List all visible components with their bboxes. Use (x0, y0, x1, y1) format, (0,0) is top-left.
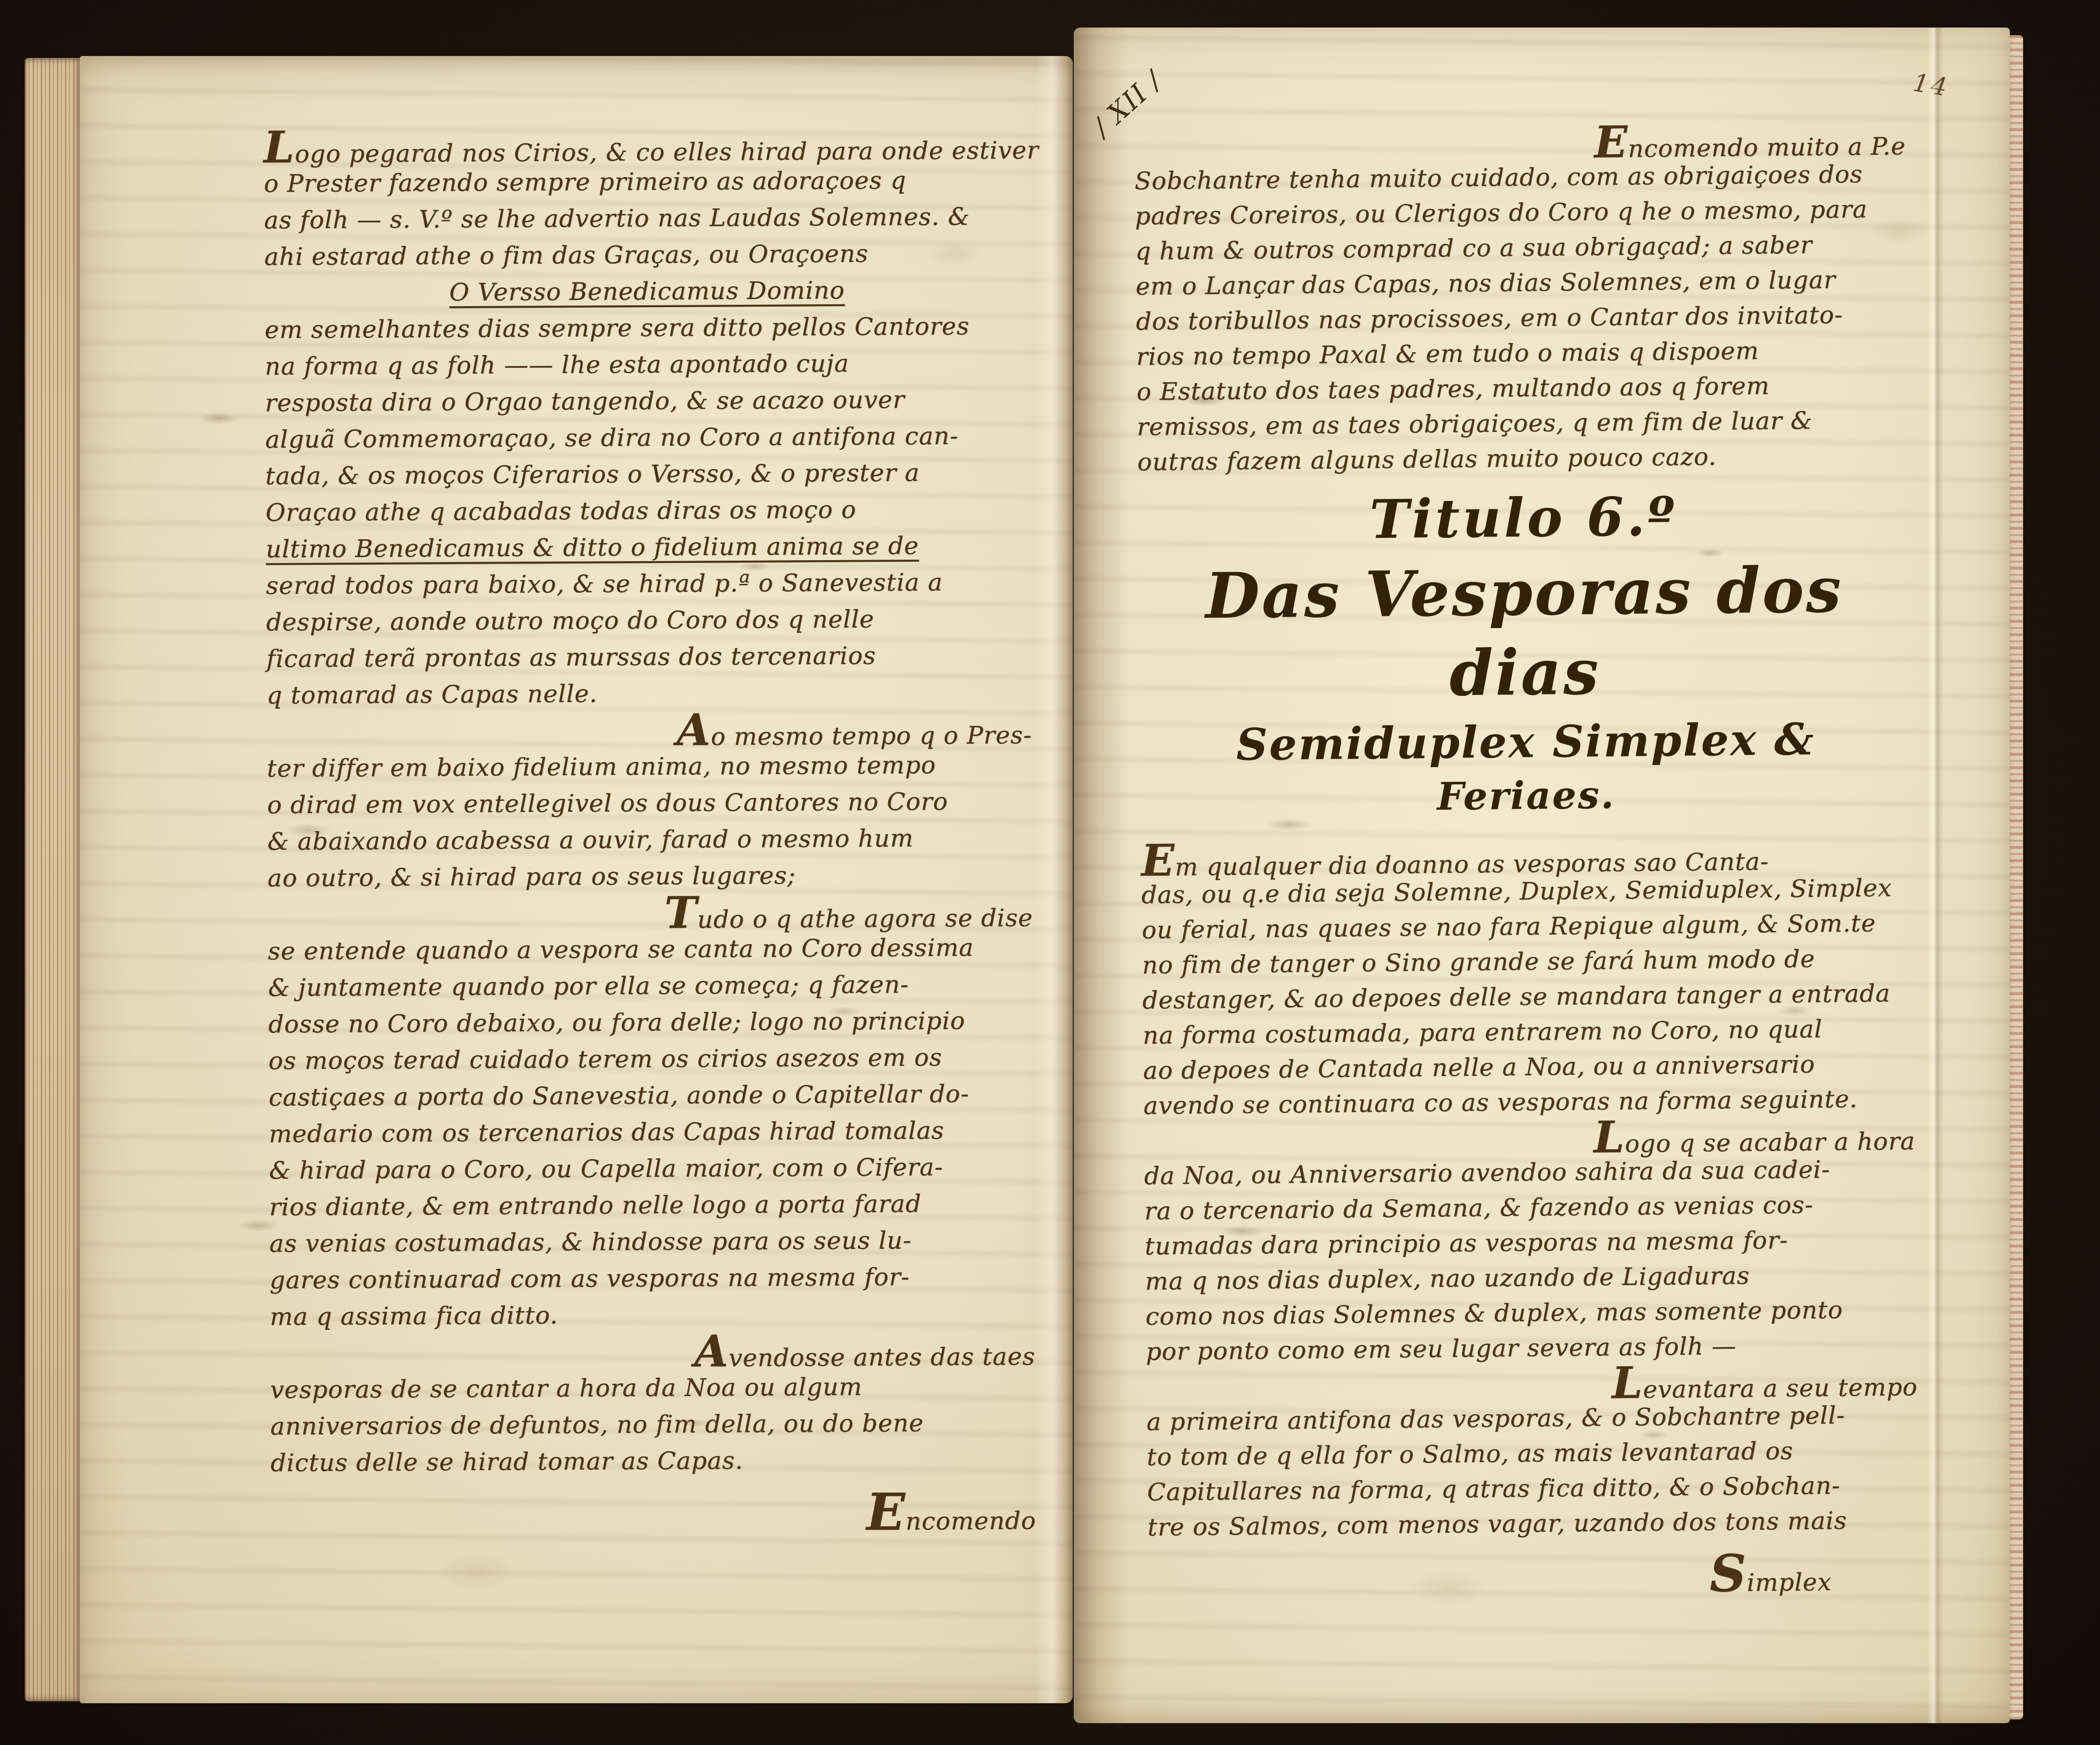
manuscript-line: ultimo Benedicamus & ditto o fidelium an… (266, 527, 1031, 568)
right-page-catchword: Simplex (1148, 1542, 1920, 1609)
manuscript-line: q tomarad as Capas nelle. (266, 674, 1031, 714)
manuscript-line: Tudo o q athe agora se dise (268, 893, 1033, 933)
right-page-text: Encomendo muito a P.eSobchantre tenha mu… (1134, 122, 1920, 1609)
page-number: 14 (1911, 68, 1951, 102)
right-page-paragraph-1: Encomendo muito a P.eSobchantre tenha mu… (1134, 122, 1909, 480)
manuscript-line: dictus delle se hirad tomar as Capas. (271, 1441, 1036, 1482)
chapter-title-line: Das Vesporas dos dias (1138, 550, 1911, 717)
left-page-lines: Logo pegarad nos Cirios, & co elles hira… (263, 125, 1036, 1482)
manuscript-line: resposta dira o Orgao tangendo, & se aca… (265, 381, 1030, 422)
manuscript-scan-background: Logo pegarad nos Cirios, & co elles hira… (0, 0, 2100, 1745)
manuscript-line: Ao mesmo tempo q o Pres- (267, 710, 1032, 751)
manuscript-line: O Versso Benedicamus Domino (264, 272, 1030, 312)
manuscript-line: o dirad em vox entellegivel os dous Cant… (267, 783, 1032, 824)
manuscript-line: ma q assima fica ditto. (270, 1295, 1035, 1335)
book-fore-edge-left (25, 58, 81, 1701)
chapter-title-number: Titulo 6.º (1137, 479, 1909, 557)
right-page-paragraph-2: Em qualquer dia doanno as vesporas sao C… (1141, 835, 1919, 1546)
manuscript-line: & juntamente quando por ella se começa; … (268, 966, 1033, 1006)
manuscript-line: vesporas de se cantar a hora da Noa ou a… (270, 1368, 1035, 1408)
manuscript-line: Oraçao athe q acabadas todas diras os mo… (265, 491, 1031, 531)
manuscript-line: como nos dias Solemnes & duplex, mas som… (1145, 1292, 1917, 1335)
chapter-title-line: Semiduplex Simplex & (1140, 709, 1912, 775)
manuscript-line: castiçaes a porta do Sanevestia, aonde o… (269, 1076, 1034, 1116)
manuscript-line: despirse, aonde outro moço do Coro dos q… (266, 600, 1031, 641)
manuscript-line: as venias costumadas, & hindosse para os… (269, 1222, 1034, 1262)
manuscript-left-page: Logo pegarad nos Cirios, & co elles hira… (80, 56, 1073, 1703)
manuscript-line: dosse no Coro debaixo, ou fora delle; lo… (268, 1003, 1033, 1043)
manuscript-line: ahi estarad athe o fim das Graças, ou Or… (264, 235, 1029, 275)
manuscript-line: os moços terad cuidado terem os cirios a… (268, 1039, 1033, 1079)
manuscript-line: em semelhantes dias sempre sera ditto pe… (264, 308, 1030, 348)
manuscript-line: Avendosse antes das taes (270, 1332, 1035, 1372)
chapter-title-line: Feriaes. (1140, 767, 1912, 824)
manuscript-line: o Prester fazendo sempre primeiro as ado… (264, 162, 1029, 202)
manuscript-line: gares continuarad com as vesporas na mes… (270, 1258, 1035, 1299)
manuscript-line: ra o tercenario da Semana, & fazendo as … (1144, 1187, 1916, 1229)
left-page-text: Logo pegarad nos Cirios, & co elles hira… (263, 125, 1036, 1545)
manuscript-line: ter differ em baixo fidelium anima, no m… (267, 747, 1032, 787)
manuscript-line: & abaixando acabessa a ouvir, farad o me… (267, 820, 1032, 860)
manuscript-line: alguã Commemoraçao, se dira no Coro a an… (265, 418, 1030, 458)
left-page-catchword: Encomendo (271, 1482, 1036, 1545)
manuscript-line: outras fazem alguns dellas muito pouco c… (1137, 438, 1909, 480)
manuscript-line: anniversarios de defuntos, no fim della,… (270, 1405, 1035, 1445)
manuscript-line: tada, & os moços Ciferarios o Versso, & … (265, 454, 1031, 495)
manuscript-line: ao outro, & si hirad para os seus lugare… (267, 856, 1032, 897)
manuscript-line: serad todos para baixo, & se hirad p.ª o… (266, 564, 1031, 604)
manuscript-line: se entende quando a vespora se canta no … (268, 929, 1033, 970)
manuscript-line: & hirad para o Coro, ou Capella maior, c… (269, 1149, 1034, 1189)
manuscript-line: Logo pegarad nos Cirios, & co elles hira… (263, 125, 1029, 166)
manuscript-line: ficarad terã prontas as murssas dos terc… (266, 637, 1031, 677)
manuscript-line: rios diante, & em entrando nelle logo a … (269, 1185, 1034, 1226)
manuscript-line: dos toribullos nas procissoes, em o Cant… (1136, 297, 1908, 340)
manuscript-line: na forma q as folh —— lhe esta apontado … (265, 345, 1030, 385)
manuscript-right-page: XII 14 Encomendo muito a P.eSobchantre t… (1074, 28, 2010, 1723)
manuscript-line: medario com os tercenarios das Capas hir… (269, 1112, 1034, 1153)
chapter-title: Titulo 6.º Das Vesporas dos dias Semidup… (1137, 479, 1912, 824)
manuscript-line: a primeira antifona das vesporas, & o So… (1146, 1398, 1918, 1440)
manuscript-line: tre os Salmos, com menos vagar, uzando d… (1147, 1503, 1919, 1546)
manuscript-line: remissos, em as taes obrigaiçoes, q em f… (1137, 403, 1909, 445)
manuscript-line: as folh — s. V.º se lhe advertio nas Lau… (264, 198, 1029, 239)
